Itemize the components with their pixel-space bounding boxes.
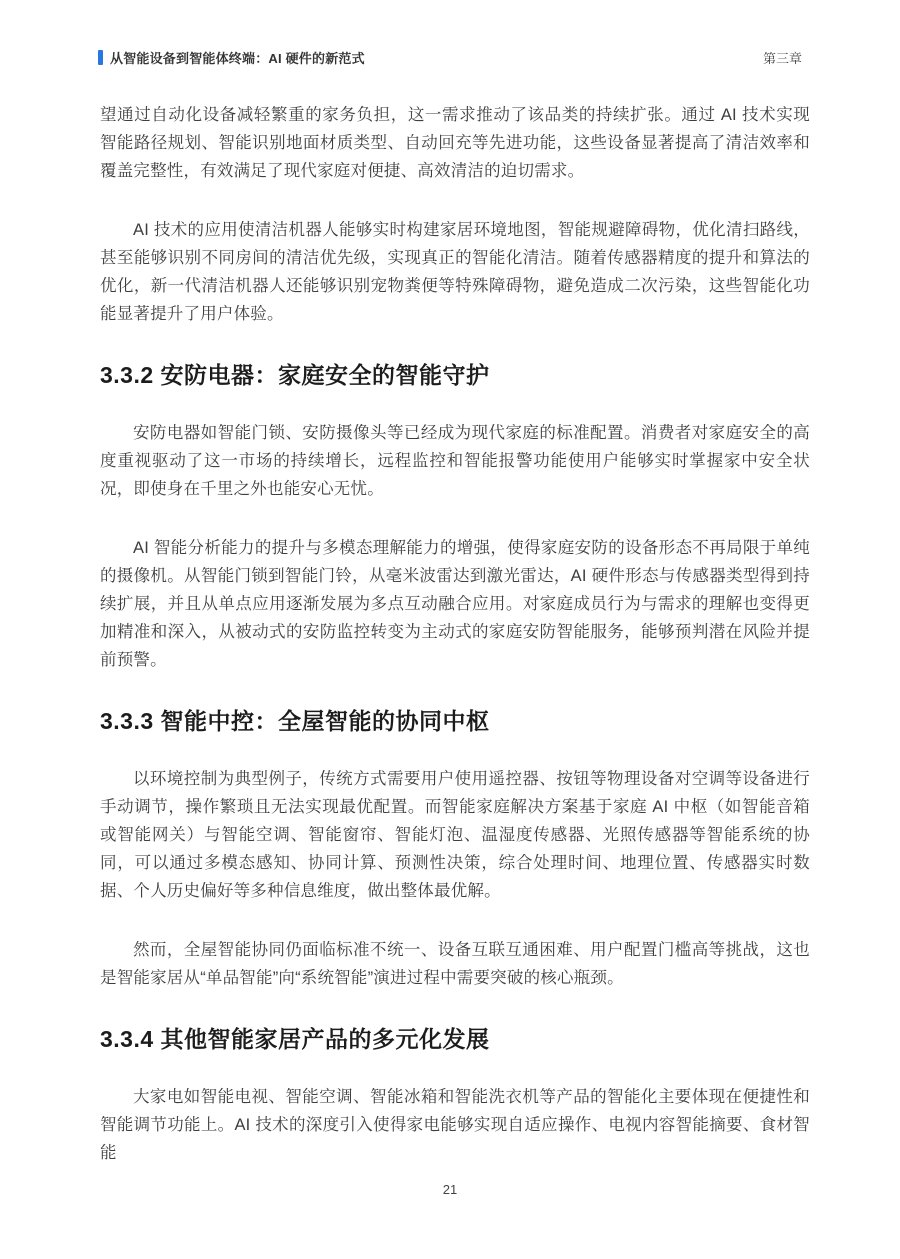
page-footer: 21 bbox=[0, 1181, 900, 1199]
paragraph: AI 智能分析能力的提升与多模态理解能力的增强，使得家庭安防的设备形态不再局限于… bbox=[100, 534, 810, 674]
section-heading-3-3-3: 3.3.3 智能中控：全屋智能的协同中枢 bbox=[100, 705, 810, 737]
accent-bar-icon bbox=[98, 50, 103, 65]
page-header: 从智能设备到智能体终端：AI 硬件的新范式 第三章 bbox=[98, 48, 802, 67]
section-heading-3-3-4: 3.3.4 其他智能家居产品的多元化发展 bbox=[100, 1023, 810, 1055]
page-content: 望通过自动化设备减轻繁重的家务负担，这一需求推动了该品类的持续扩张。通过 AI … bbox=[100, 101, 810, 1198]
paragraph: 以环境控制为典型例子，传统方式需要用户使用遥控器、按钮等物理设备对空调等设备进行… bbox=[100, 765, 810, 905]
paragraph: 然而，全屋智能协同仍面临标准不统一、设备互联互通困难、用户配置门槛高等挑战，这也… bbox=[100, 936, 810, 992]
paragraph: 安防电器如智能门锁、安防摄像头等已经成为现代家庭的标准配置。消费者对家庭安全的高… bbox=[100, 419, 810, 503]
paragraph: AI 技术的应用使清洁机器人能够实时构建家居环境地图，智能规避障碍物，优化清扫路… bbox=[100, 216, 810, 328]
chapter-label: 第三章 bbox=[763, 48, 802, 67]
page-number: 21 bbox=[443, 1182, 457, 1197]
paragraph-continuation: 望通过自动化设备减轻繁重的家务负担，这一需求推动了该品类的持续扩张。通过 AI … bbox=[100, 101, 810, 185]
header-left: 从智能设备到智能体终端：AI 硬件的新范式 bbox=[98, 48, 365, 67]
paragraph: 大家电如智能电视、智能空调、智能冰箱和智能洗衣机等产品的智能化主要体现在便捷性和… bbox=[100, 1083, 810, 1167]
document-page: 从智能设备到智能体终端：AI 硬件的新范式 第三章 望通过自动化设备减轻繁重的家… bbox=[0, 0, 900, 1259]
running-header-title: 从智能设备到智能体终端：AI 硬件的新范式 bbox=[110, 48, 365, 67]
section-heading-3-3-2: 3.3.2 安防电器：家庭安全的智能守护 bbox=[100, 359, 810, 391]
